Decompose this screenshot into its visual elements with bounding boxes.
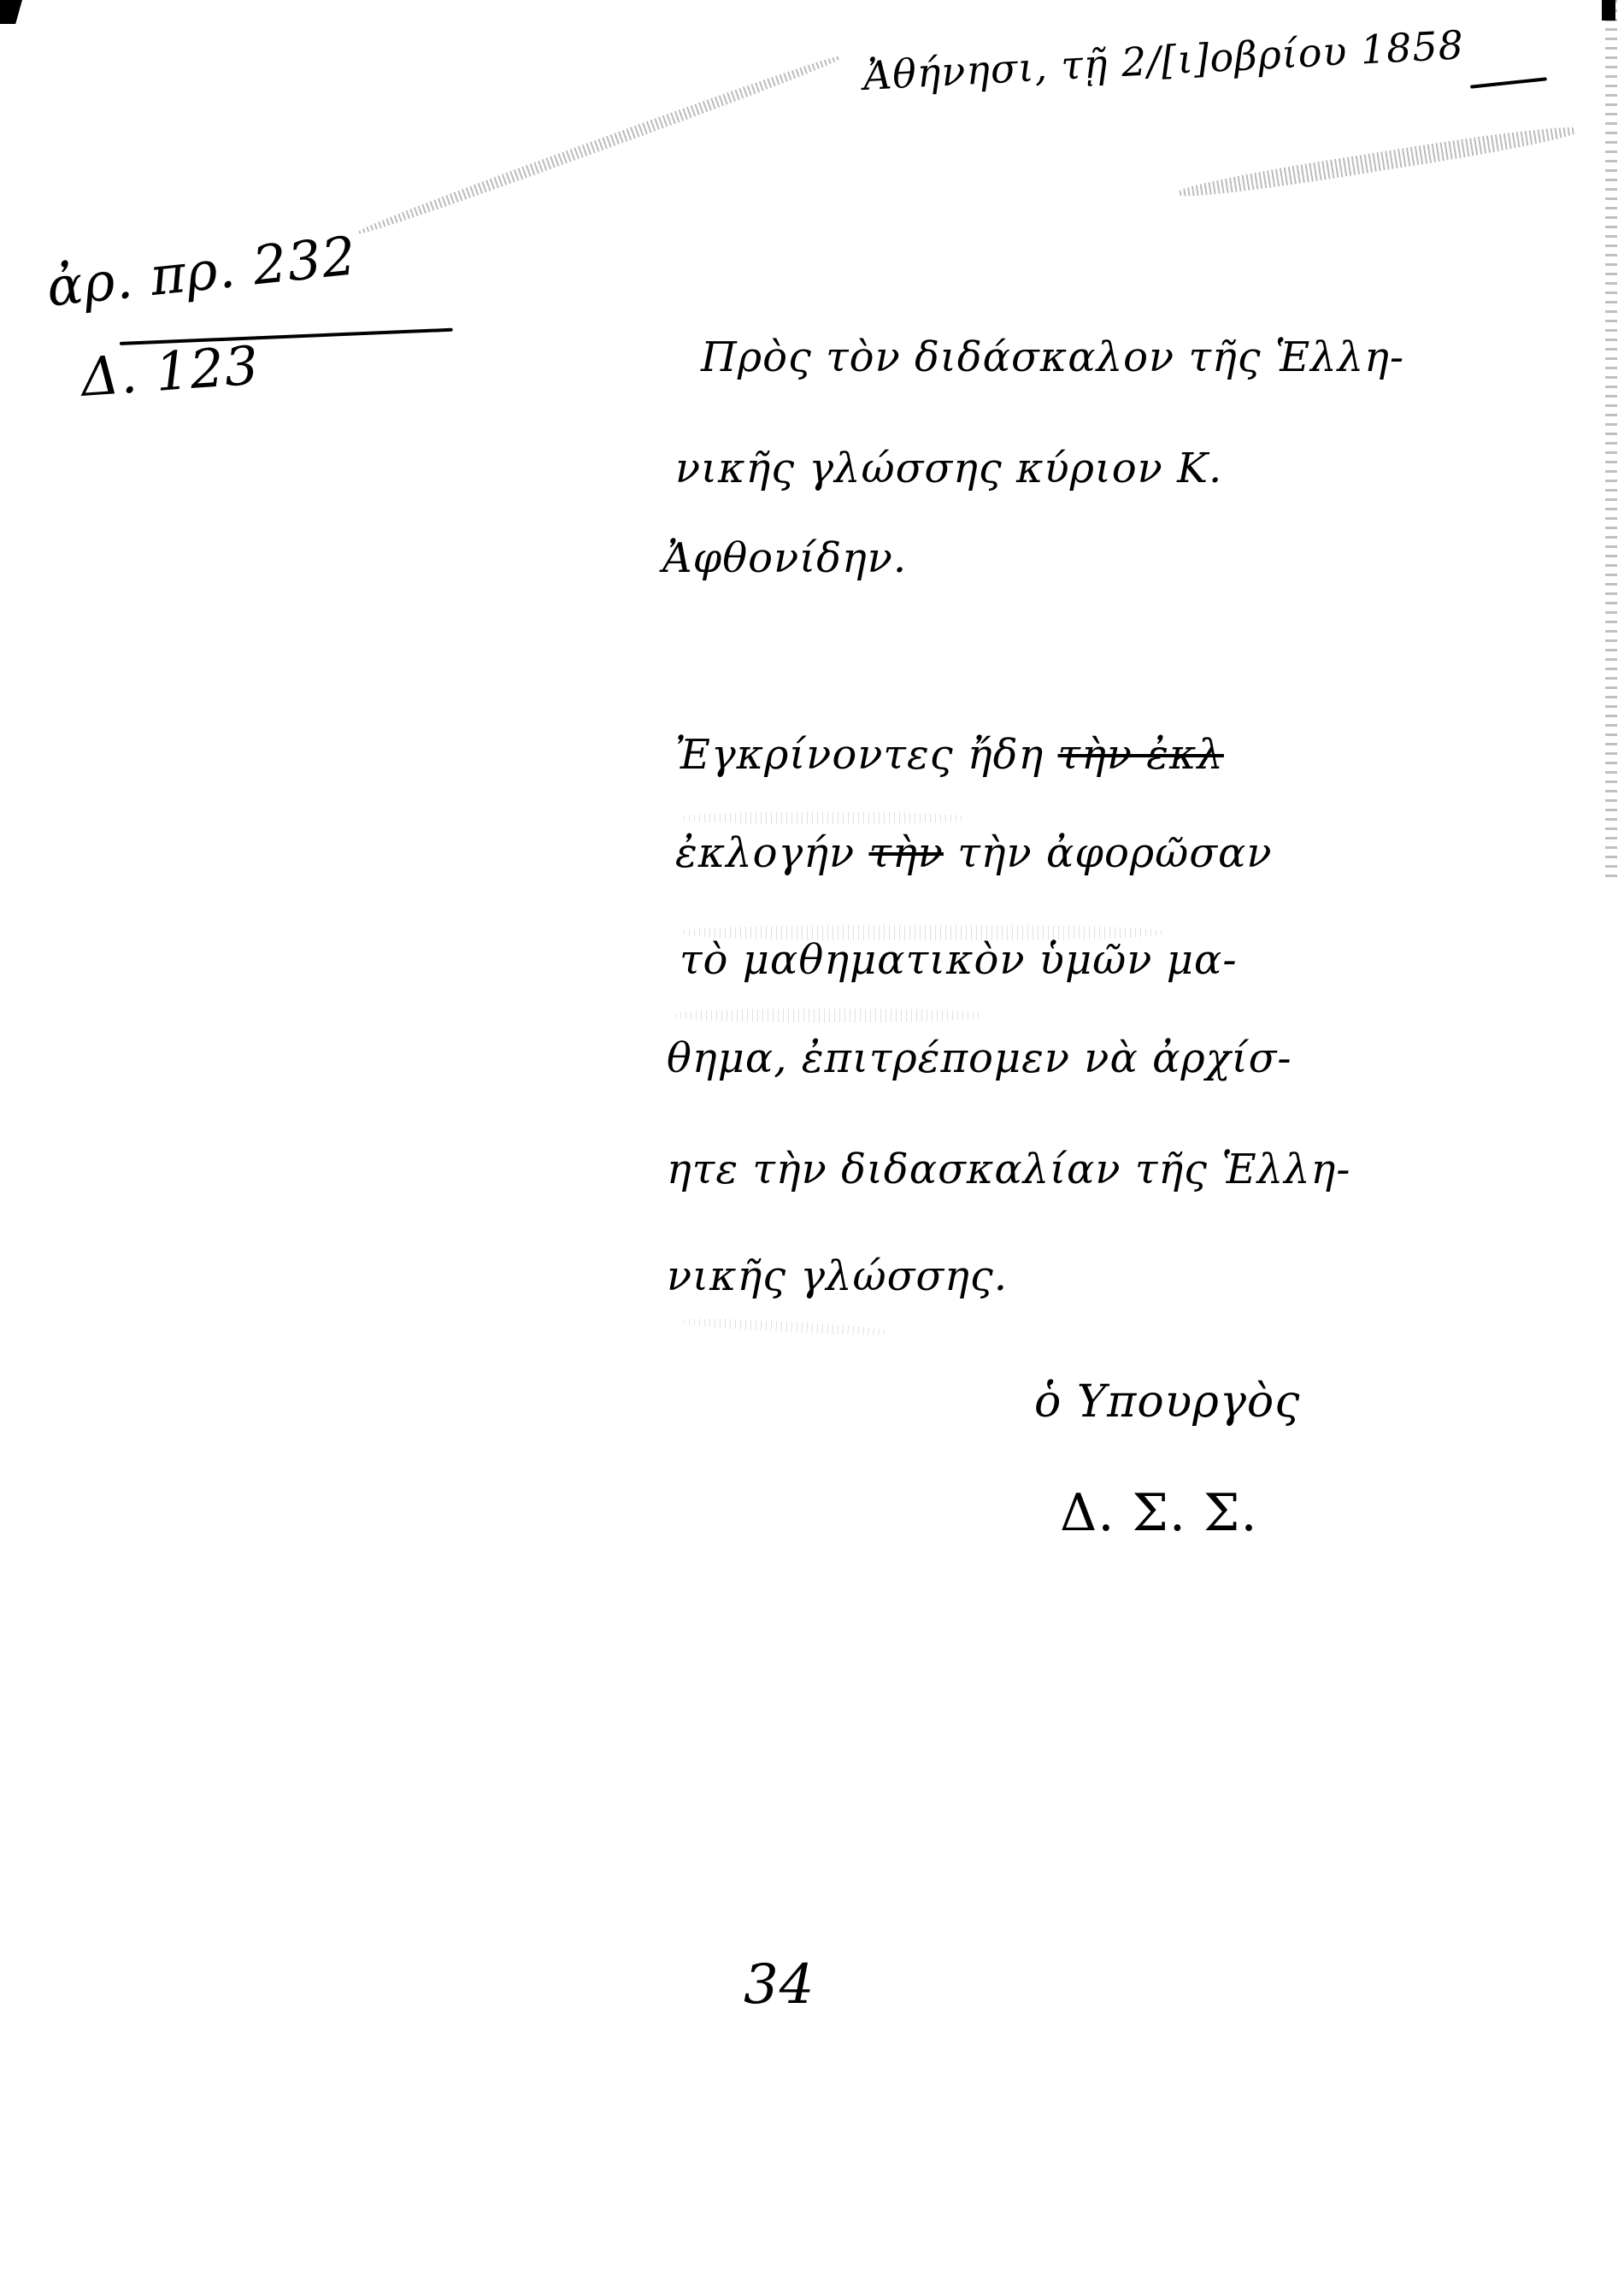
body-line: ητε τὴν διδασκαλίαν τῆς Ἑλλη-: [667, 1145, 1351, 1193]
scan-smudge: [684, 812, 966, 824]
closing-title: ὁ Υπουργὸς: [1034, 1376, 1300, 1428]
scanned-document-page: Ἀθήνησι, τῇ 2/[ι]οβρίου 1858 ἀρ. πρ. 232…: [0, 0, 1624, 2291]
addressee-line: Πρὸς τὸν διδάσκαλον τῆς Ἑλλη-: [701, 333, 1404, 381]
addressee-line: Ἀφθονίδην.: [662, 534, 907, 582]
body-line: νικῆς γλώσσης.: [667, 1252, 1008, 1300]
scan-corner-artifact: [0, 0, 22, 24]
body-line: ἐκλογήν τὴν τὴν ἀφορῶσαν: [675, 829, 1273, 877]
struck-text: τὴν: [868, 829, 944, 877]
date-flourish: [1470, 77, 1547, 88]
scan-smudge: [675, 1009, 983, 1022]
protocol-number: ἀρ. πρ. 232: [44, 224, 359, 319]
scan-edge-noise: [1605, 0, 1617, 880]
scan-smudge: [684, 1316, 889, 1338]
file-number: Δ. 123: [79, 334, 261, 409]
body-line: τὸ μαθηματικὸν ὑμῶν μα-: [680, 936, 1238, 984]
struck-text: τὴν ἐκλ: [1058, 731, 1224, 779]
scan-smudge: [357, 51, 844, 238]
body-line: Ἐγκρίνοντες ἤδη τὴν ἐκλ: [675, 731, 1224, 779]
date-line: Ἀθήνησι, τῇ 2/[ι]οβρίου 1858: [862, 21, 1466, 99]
scan-smudge: [1178, 121, 1578, 203]
signature-initials: Δ. Σ. Σ.: [1060, 1483, 1258, 1543]
addressee-line: νικῆς γλώσσης κύριον Κ.: [675, 445, 1222, 492]
page-number: 34: [744, 1953, 815, 2017]
body-text: Ἐγκρίνοντες ἤδη: [675, 731, 1058, 779]
body-line: θημα, ἐπιτρέπομεν νὰ ἀρχίσ-: [667, 1034, 1292, 1082]
body-text: ἐκλογήν: [675, 829, 868, 877]
body-text: τὴν ἀφορῶσαν: [944, 829, 1273, 877]
